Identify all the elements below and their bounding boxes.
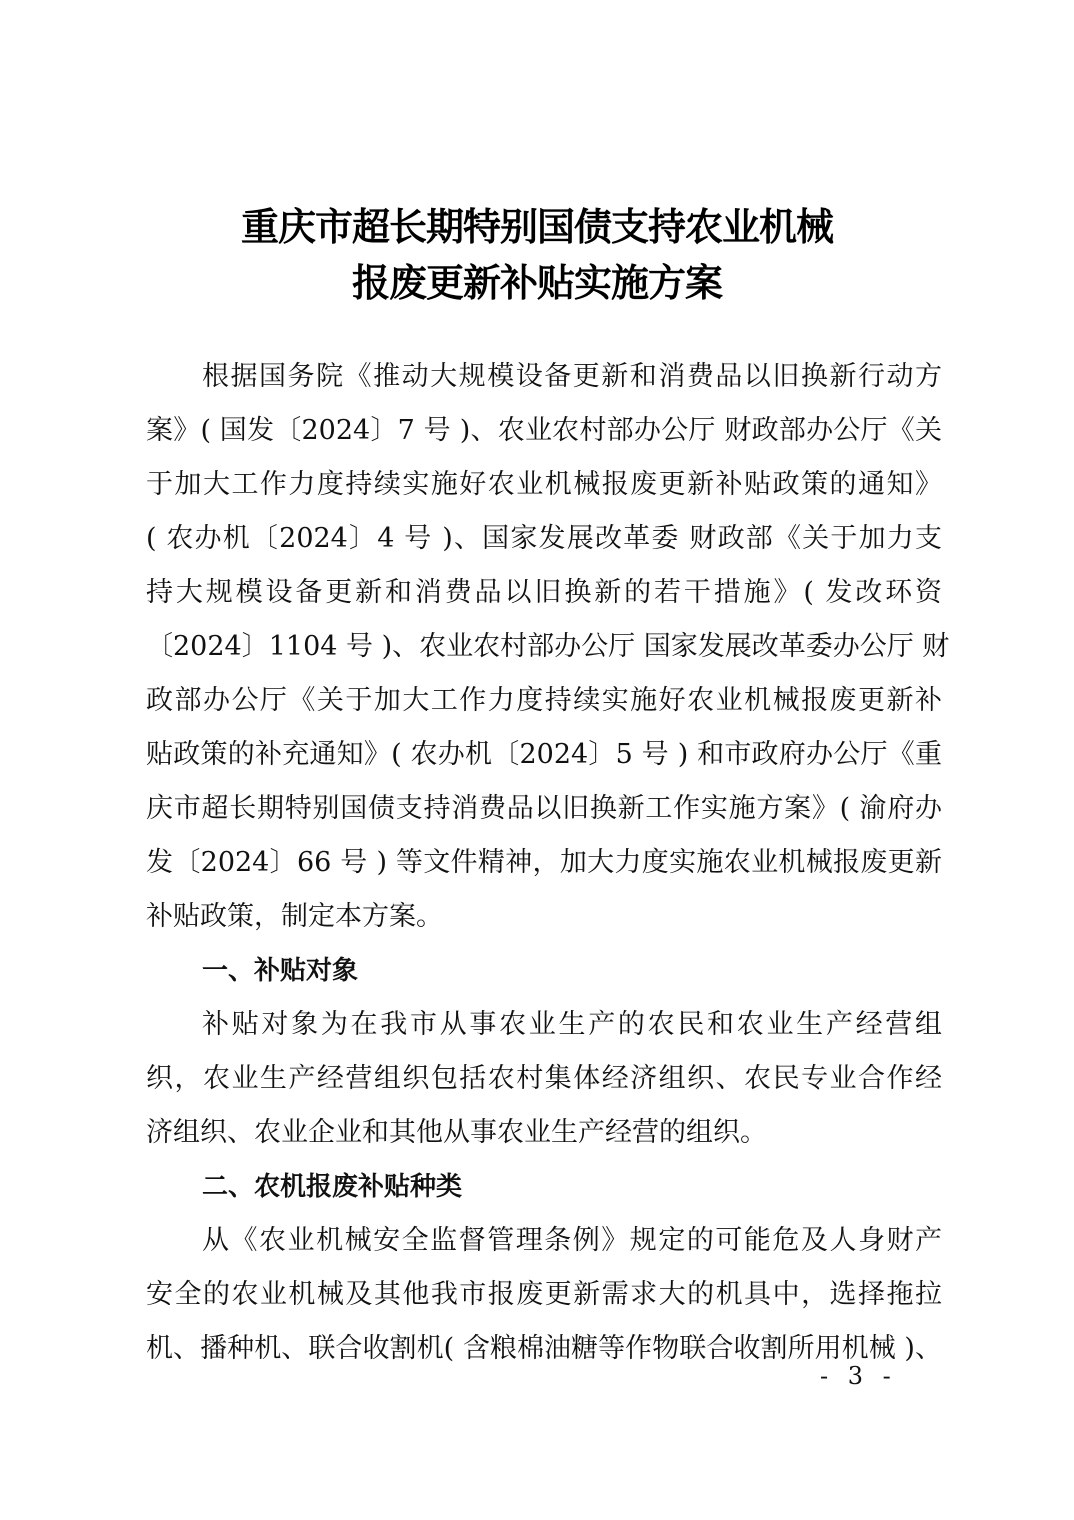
paragraph-line: 从《农业机械安全监督管理条例》规定的可能危及人身财产 — [146, 1214, 942, 1268]
paragraph-line: 补贴对象为在我市从事农业生产的农民和农业生产经营组 — [146, 998, 942, 1052]
paragraph-line: 于加大工作力度持续实施好农业机械报废更新补贴政策的通知》 — [146, 458, 942, 512]
paragraph-line: 持大规模设备更新和消费品以旧换新的若干措施》( 发改环资 — [146, 566, 942, 620]
paragraph-line: 政部办公厅《关于加大工作力度持续实施好农业机械报废更新补 — [146, 674, 942, 728]
paragraph-line: ( 农办机〔2024〕4 号 )、国家发展改革委 财政部《关于加力支 — [146, 512, 942, 566]
paragraph-line: 案》( 国发〔2024〕7 号 )、农业农村部办公厅 财政部办公厅《关 — [146, 404, 942, 458]
paragraph-line: 安全的农业机械及其他我市报废更新需求大的机具中，选择拖拉 — [146, 1268, 942, 1322]
document-title-line-1: 重庆市超长期特别国债支持农业机械 — [0, 196, 1074, 251]
paragraph-line: 庆市超长期特别国债支持消费品以旧换新工作实施方案》( 渝府办 — [146, 782, 942, 836]
paragraph-line: 贴政策的补充通知》( 农办机〔2024〕5 号 ) 和市政府办公厅《重 — [146, 728, 942, 782]
document-body: 根据国务院《推动大规模设备更新和消费品以旧换新行动方 案》( 国发〔2024〕7… — [146, 350, 942, 1376]
section-1-paragraph: 补贴对象为在我市从事农业生产的农民和农业生产经营组 织，农业生产经营组织包括农村… — [146, 998, 942, 1160]
intro-paragraph: 根据国务院《推动大规模设备更新和消费品以旧换新行动方 案》( 国发〔2024〕7… — [146, 350, 942, 944]
paragraph-line: 发〔2024〕66 号 ) 等文件精神，加大力度实施农业机械报废更新 — [146, 836, 942, 890]
paragraph-line: 根据国务院《推动大规模设备更新和消费品以旧换新行动方 — [146, 350, 942, 404]
paragraph-line: 〔2024〕1104 号 )、农业农村部办公厅 国家发展改革委办公厅 财 — [146, 620, 942, 674]
page-number: - 3 - — [820, 1362, 897, 1390]
section-2-heading: 二、农机报废补贴种类 — [146, 1160, 942, 1214]
paragraph-line: 补贴政策，制定本方案。 — [146, 890, 942, 944]
section-1-heading: 一、补贴对象 — [146, 944, 942, 998]
paragraph-line: 济组织、农业企业和其他从事农业生产经营的组织。 — [146, 1106, 942, 1160]
section-2-paragraph: 从《农业机械安全监督管理条例》规定的可能危及人身财产 安全的农业机械及其他我市报… — [146, 1214, 942, 1376]
paragraph-line: 织，农业生产经营组织包括农村集体经济组织、农民专业合作经 — [146, 1052, 942, 1106]
document-title-line-2: 报废更新补贴实施方案 — [0, 252, 1074, 307]
